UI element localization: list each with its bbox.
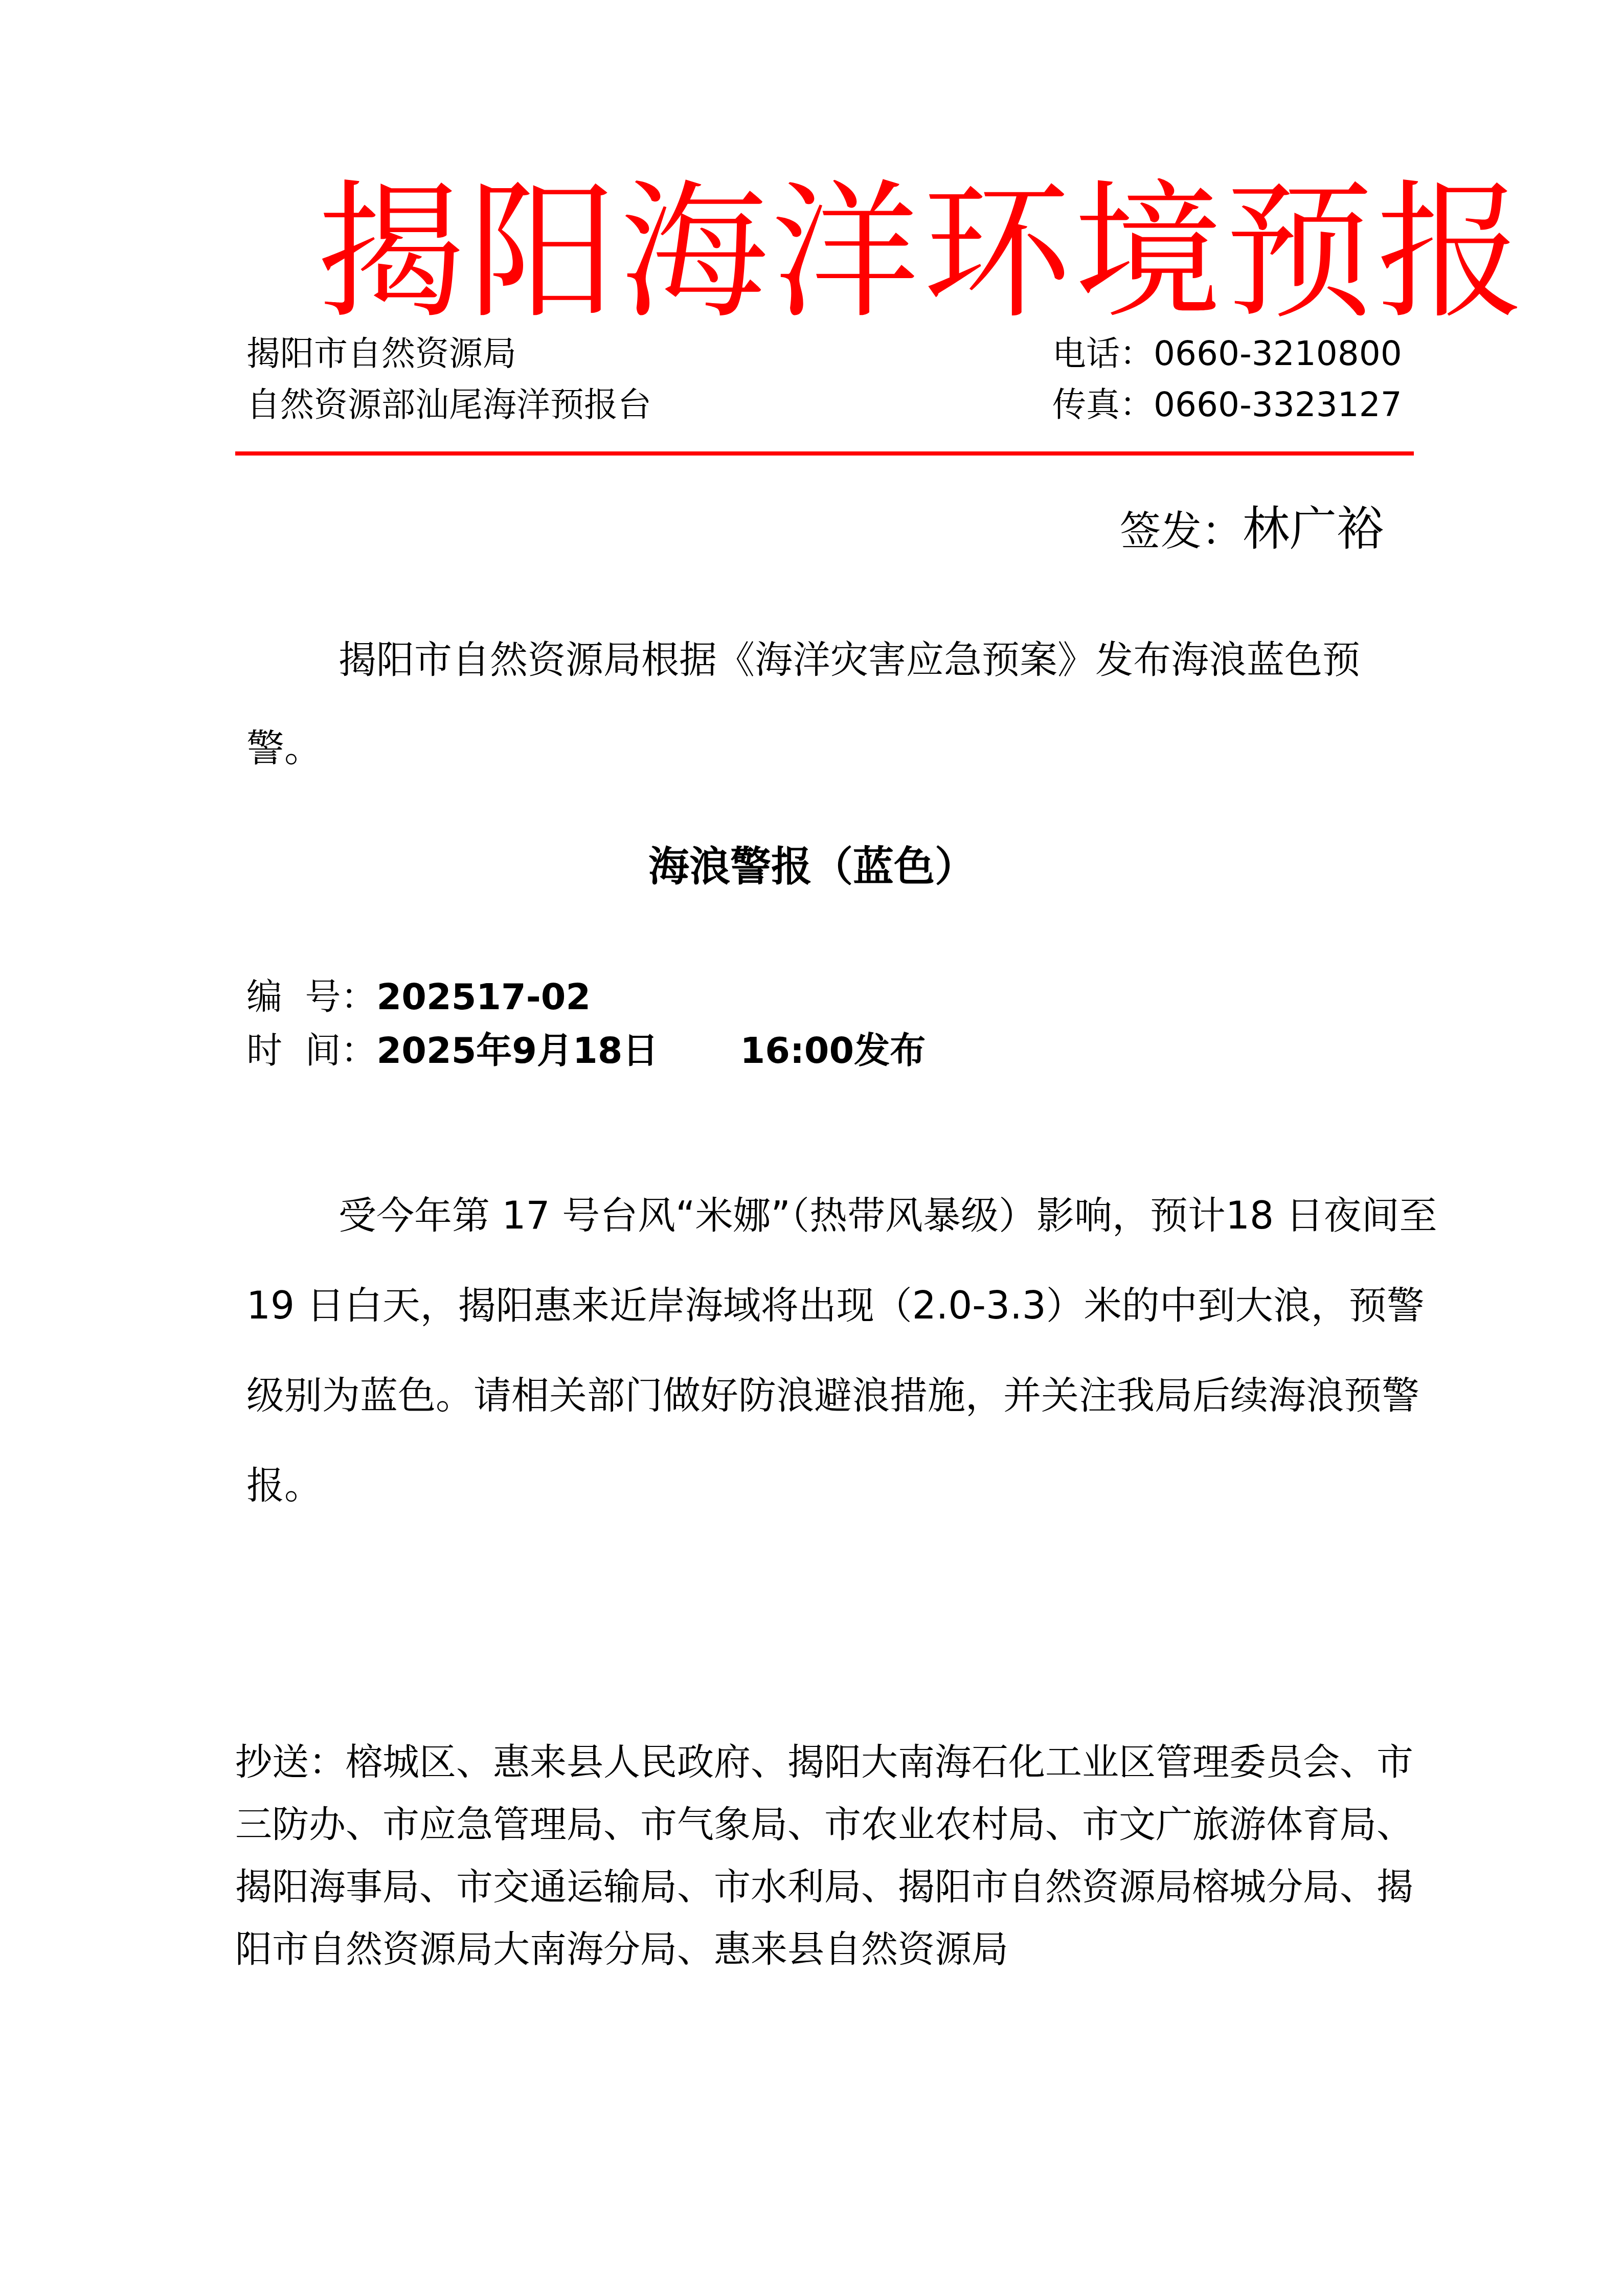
alert-time-row: 时 间：2025年9月18日16:00发布	[246, 1025, 926, 1076]
alert-time-label: 时 间：	[246, 1030, 377, 1072]
masthead-title: 揭阳海洋环境预报	[317, 169, 1528, 337]
signer-label: 签发：	[1120, 507, 1243, 555]
alert-number-row: 编 号：202517-02	[246, 971, 591, 1022]
phone-line: 电话：0660-3210800	[1052, 333, 1402, 374]
alert-date: 2025年9月18日	[377, 1030, 659, 1072]
header-divider	[235, 451, 1414, 456]
signer-line: 签发：林广裕	[1120, 504, 1384, 557]
fax-number: 0660-3323127	[1154, 385, 1402, 424]
alert-number-label: 编 号：	[246, 976, 377, 1018]
intro-paragraph: 揭阳市自然资源局根据《海洋灾害应急预案》发布海浪蓝色预警。	[246, 616, 1423, 793]
alert-title: 海浪警报（蓝色）	[0, 838, 1624, 895]
signer-name: 林广裕	[1243, 502, 1384, 556]
cc-list: 抄送：榕城区、惠来县人民政府、揭阳大南海石化工业区管理委员会、市三防办、市应急管…	[235, 1731, 1437, 1980]
issuing-org-primary: 揭阳市自然资源局	[246, 333, 516, 374]
cc-label: 抄送：	[235, 1740, 346, 1783]
issuing-org-secondary: 自然资源部汕尾海洋预报台	[246, 384, 651, 425]
cc-recipients: 榕城区、惠来县人民政府、揭阳大南海石化工业区管理委员会、市三防办、市应急管理局、…	[235, 1740, 1413, 1970]
alert-issue-time: 16:00发布	[740, 1030, 926, 1072]
fax-line: 传真：0660-3323127	[1052, 384, 1402, 425]
alert-number: 202517-02	[377, 976, 591, 1018]
alert-body: 受今年第 17 号台风“米娜”（热带风暴级）影响，预计18 日夜间至 19 日白…	[246, 1171, 1438, 1531]
fax-label: 传真：	[1052, 385, 1154, 424]
phone-label: 电话：	[1052, 334, 1154, 373]
phone-number: 0660-3210800	[1154, 334, 1402, 373]
